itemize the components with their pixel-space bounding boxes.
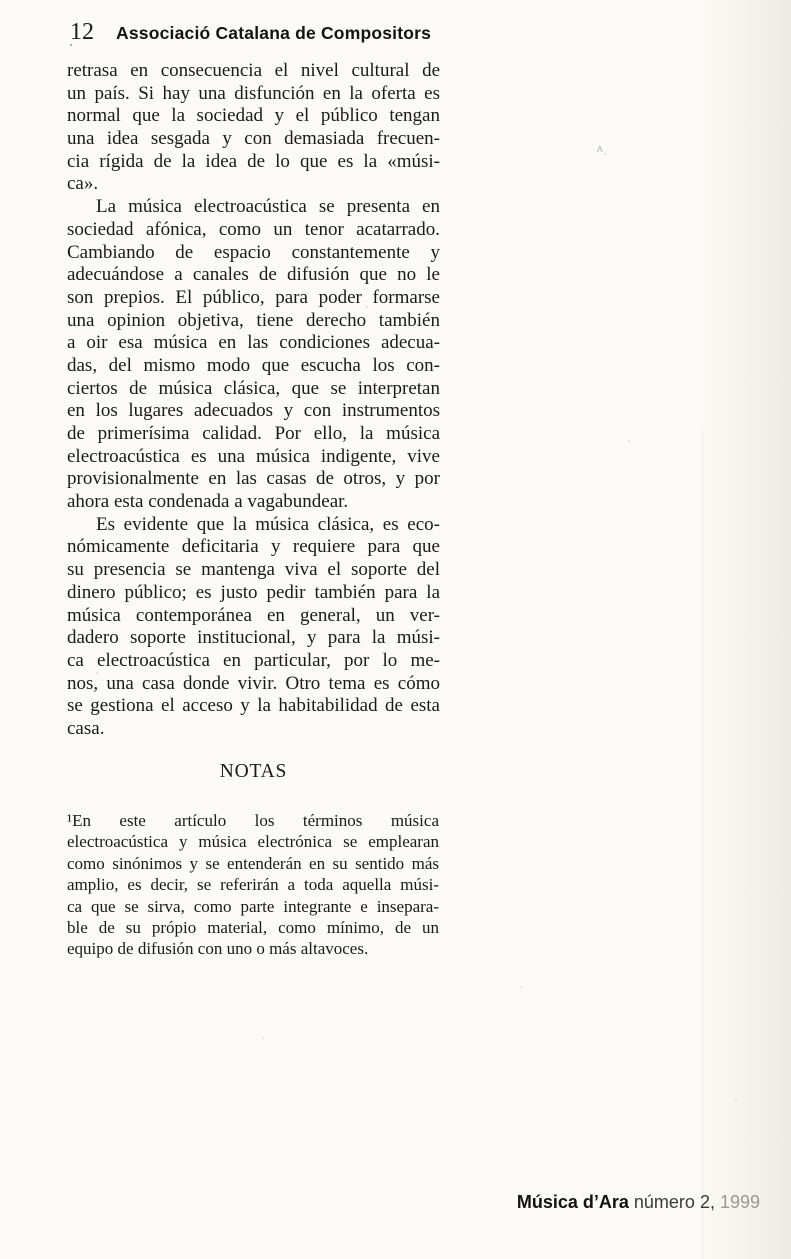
paragraph: retrasa en consecuencia el nivel cultura… [67, 60, 440, 196]
text-line: se gestiona el acceso y la habitabilidad… [67, 695, 440, 718]
text-line: en los lugares adecuados y con instrumen… [67, 400, 440, 423]
text-line: casa. [67, 718, 440, 741]
text-line: sociedad afónica, como un tenor acatarra… [67, 219, 440, 242]
text-line: su presencia se mantenga viva el soporte… [67, 559, 440, 582]
article-body: retrasa en consecuencia el nivel cultura… [67, 60, 440, 741]
scanner-shadow [696, 0, 791, 1259]
page-footer: Música d’Aranúmero 2,1999 [517, 1192, 760, 1213]
text-line: ca electroacústica en particular, por lo… [67, 650, 440, 673]
footnote: ¹En este artículo los términos músicaele… [67, 810, 439, 960]
text-line: retrasa en consecuencia el nivel cultura… [67, 60, 440, 83]
text-line: adecuándose a canales de difusión que no… [67, 264, 440, 287]
text-line: Es evidente que la música clásica, es ec… [67, 514, 440, 537]
footer-issue: número 2, [634, 1192, 715, 1212]
text-line: Cambiando de espacio constantemente y [67, 242, 440, 265]
text-line: electroacústica es una música indigente,… [67, 446, 440, 469]
text-line: ¹En este artículo los términos música [67, 810, 439, 831]
text-line: una idea sesgada y con demasiada frecuen… [67, 128, 440, 151]
scanned-page: ʌ 12 Associació Catalana de Compositors … [0, 0, 791, 1259]
text-line: electroacústica y música electrónica se … [67, 831, 439, 852]
text-line: amplio, es decir, se referirán a toda aq… [67, 874, 439, 895]
text-line: dadero soporte institucional, y para la … [67, 627, 440, 650]
paragraph: La música electroacústica se presenta en… [67, 196, 440, 514]
text-line: de primerísima calidad. Por ello, la mús… [67, 423, 440, 446]
text-line: nos, una casa donde vivir. Otro tema es … [67, 673, 440, 696]
text-line: ca». [67, 173, 440, 196]
footer-journal-title: Música d’Ara [517, 1192, 629, 1212]
text-line: un país. Si hay una disfunción en la ofe… [67, 83, 440, 106]
text-line: ble de su própio material, como mínimo, … [67, 917, 439, 938]
text-line: ciertos de música clásica, que se interp… [67, 378, 440, 401]
footer-year: 1999 [720, 1192, 760, 1212]
text-line: das, del mismo modo que escucha los con- [67, 355, 440, 378]
scan-artifact: ʌ [597, 143, 603, 155]
paragraph: Es evidente que la música clásica, es ec… [67, 514, 440, 741]
text-line: ca que se sirva, como parte integrante e… [67, 896, 439, 917]
text-line: nómicamente deficitaria y requiere para … [67, 536, 440, 559]
text-line: cia rígida de la idea de lo que es la «m… [67, 151, 440, 174]
page-number: 12 [70, 19, 94, 46]
notas-heading: NOTAS [67, 761, 440, 783]
text-line: equipo de difusión con uno o más altavoc… [67, 938, 439, 959]
text-line: música contemporánea en general, un ver- [67, 605, 440, 628]
text-line: dinero público; es justo pedir también p… [67, 582, 440, 605]
text-line: a oir esa música en las condiciones adec… [67, 332, 440, 355]
text-line: son prepios. El público, para poder form… [67, 287, 440, 310]
text-line: una opinion objetiva, tiene derecho tamb… [67, 310, 440, 333]
text-line: ahora esta condenada a vagabundear. [67, 491, 440, 514]
text-line: como sinónimos y se entenderán en su sen… [67, 853, 439, 874]
page-crease [702, 430, 703, 1259]
text-line: normal que la sociedad y el público teng… [67, 105, 440, 128]
header-title: Associació Catalana de Compositors [116, 23, 431, 44]
page-header: 12 Associació Catalana de Compositors [70, 19, 431, 46]
scan-noise [0, 0, 2, 2]
text-line: La música electroacústica se presenta en [67, 196, 440, 219]
text-line: provisionalmente en las casas de otros, … [67, 468, 440, 491]
